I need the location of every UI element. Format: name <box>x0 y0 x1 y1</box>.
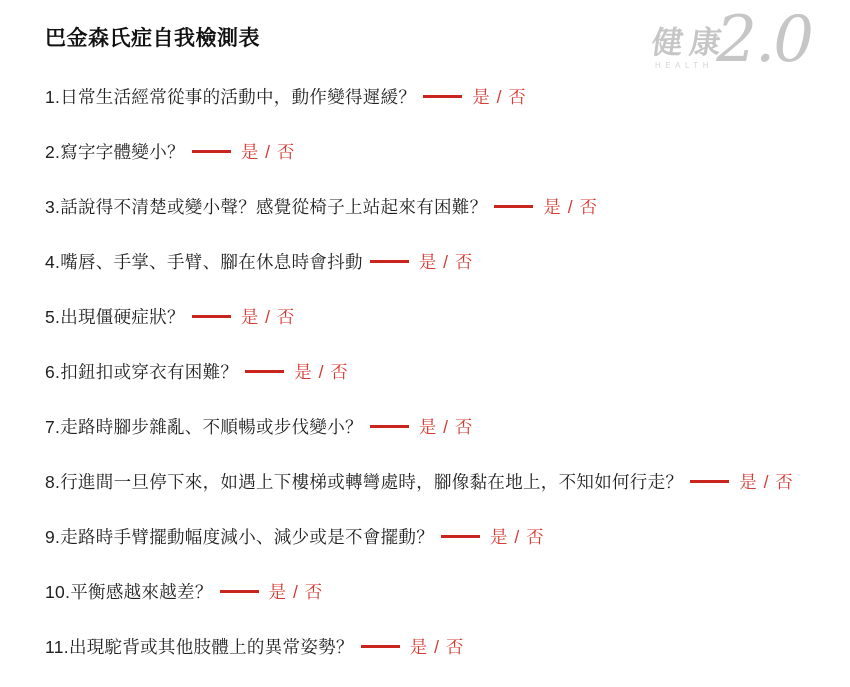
answer-yes-no: 是 / 否 <box>472 87 527 107</box>
question-text: 5.出現僵硬症狀？ <box>45 307 185 327</box>
answer-yes-no: 是 / 否 <box>419 417 474 437</box>
health-2-0-logo: 健康 HEALTH 2.0 <box>652 14 812 76</box>
dash-line-separator <box>192 315 231 318</box>
question-row: 5.出現僵硬症狀？是 / 否 <box>45 308 830 327</box>
question-text: 10.平衡感越來越差？ <box>45 582 213 602</box>
question-number: 3. <box>45 197 60 217</box>
question-number: 6. <box>45 362 60 382</box>
dash-line-separator <box>192 150 231 153</box>
dash-line-separator <box>245 370 284 373</box>
question-text: 1.日常生活經常從事的活動中，動作變得遲緩？ <box>45 87 416 107</box>
question-body: 出現駝背或其他肢體上的異常姿勢？ <box>69 637 354 657</box>
dash-line-separator <box>441 535 480 538</box>
question-body: 走路時手臂擺動幅度減小、減少或是不會擺動？ <box>60 527 434 547</box>
question-body: 行進間一旦停下來，如遇上下樓梯或轉彎處時，腳像黏在地上，不知如何行走？ <box>60 472 683 492</box>
question-row: 4.嘴唇、手掌、手臂、腳在休息時會抖動是 / 否 <box>45 253 830 272</box>
question-row: 7.走路時腳步雜亂、不順暢或步伐變小？是 / 否 <box>45 418 830 437</box>
answer-yes-no: 是 / 否 <box>419 252 474 272</box>
logo-health-text: HEALTH <box>655 62 713 70</box>
question-number: 10. <box>45 582 70 602</box>
question-row: 6.扣鈕扣或穿衣有困難？是 / 否 <box>45 363 830 382</box>
question-text: 8.行進間一旦停下來，如遇上下樓梯或轉彎處時，腳像黏在地上，不知如何行走？ <box>45 472 683 492</box>
dash-line-separator <box>220 590 259 593</box>
question-row: 1.日常生活經常從事的活動中，動作變得遲緩？是 / 否 <box>45 88 830 107</box>
dash-line-separator <box>361 645 400 648</box>
question-number: 5. <box>45 307 60 327</box>
answer-yes-no: 是 / 否 <box>294 362 349 382</box>
dash-line-separator <box>494 205 533 208</box>
question-body: 走路時腳步雜亂、不順暢或步伐變小？ <box>60 417 363 437</box>
question-text: 3.話說得不清楚或變小聲？感覺從椅子上站起來有困難？ <box>45 197 487 217</box>
logo-version-number: 2.0 <box>716 8 812 72</box>
answer-yes-no: 是 / 否 <box>410 637 465 657</box>
question-body: 扣鈕扣或穿衣有困難？ <box>60 362 238 382</box>
question-text: 9.走路時手臂擺動幅度減小、減少或是不會擺動？ <box>45 527 434 547</box>
answer-yes-no: 是 / 否 <box>269 582 324 602</box>
question-row: 3.話說得不清楚或變小聲？感覺從椅子上站起來有困難？是 / 否 <box>45 198 830 217</box>
question-number: 9. <box>45 527 60 547</box>
question-number: 2. <box>45 142 60 162</box>
question-body: 出現僵硬症狀？ <box>60 307 185 327</box>
checklist-page: 巴金森氏症自我檢測表 1.日常生活經常從事的活動中，動作變得遲緩？是 / 否 2… <box>0 0 850 687</box>
question-row: 10.平衡感越來越差？是 / 否 <box>45 583 830 602</box>
dash-line-separator <box>690 480 729 483</box>
question-row: 2.寫字字體變小？是 / 否 <box>45 143 830 162</box>
dash-line-separator <box>423 95 462 98</box>
question-body: 寫字字體變小？ <box>60 142 185 162</box>
question-body: 嘴唇、手掌、手臂、腳在休息時會抖動 <box>60 252 363 272</box>
answer-yes-no: 是 / 否 <box>241 142 296 162</box>
question-number: 8. <box>45 472 60 492</box>
answer-yes-no: 是 / 否 <box>739 472 794 492</box>
question-number: 7. <box>45 417 60 437</box>
question-row: 8.行進間一旦停下來，如遇上下樓梯或轉彎處時，腳像黏在地上，不知如何行走？是 /… <box>45 473 830 492</box>
question-text: 6.扣鈕扣或穿衣有困難？ <box>45 362 238 382</box>
question-text: 11.出現駝背或其他肢體上的異常姿勢？ <box>45 637 354 657</box>
question-text: 4.嘴唇、手掌、手臂、腳在休息時會抖動 <box>45 252 363 272</box>
question-row: 11.出現駝背或其他肢體上的異常姿勢？是 / 否 <box>45 638 830 657</box>
dash-line-separator <box>370 425 409 428</box>
question-body: 日常生活經常從事的活動中，動作變得遲緩？ <box>60 87 416 107</box>
question-number: 4. <box>45 252 60 272</box>
question-number: 11. <box>45 637 69 657</box>
question-text: 7.走路時腳步雜亂、不順暢或步伐變小？ <box>45 417 363 437</box>
answer-yes-no: 是 / 否 <box>490 527 545 547</box>
question-text: 2.寫字字體變小？ <box>45 142 185 162</box>
question-body: 平衡感越來越差？ <box>70 582 212 602</box>
question-row: 9.走路時手臂擺動幅度減小、減少或是不會擺動？是 / 否 <box>45 528 830 547</box>
question-list: 1.日常生活經常從事的活動中，動作變得遲緩？是 / 否 2.寫字字體變小？是 /… <box>45 88 830 657</box>
answer-yes-no: 是 / 否 <box>241 307 296 327</box>
question-body: 話說得不清楚或變小聲？感覺從椅子上站起來有困難？ <box>60 197 487 217</box>
dash-line-separator <box>370 260 409 263</box>
question-number: 1. <box>45 87 60 107</box>
answer-yes-no: 是 / 否 <box>543 197 598 217</box>
